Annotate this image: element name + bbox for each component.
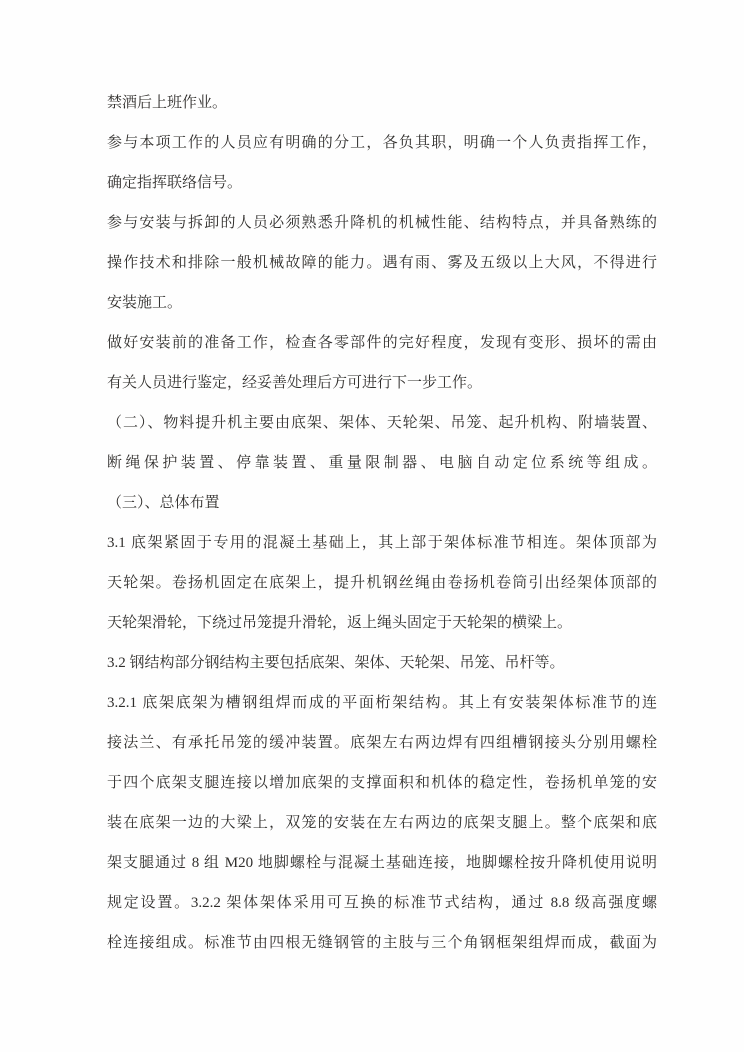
text-line: 3.1 底架紧固于专用的混凝土基础上，其上部于架体标准节相连。架体顶部为 [107,523,657,563]
text-line: 3.2 钢结构部分钢结构主要包括底架、架体、天轮架、吊笼、吊杆等。 [107,643,657,683]
text-line: 接法兰、有承托吊笼的缓冲装置。底架左右两边焊有四组槽钢接头分别用螺栓 [107,723,657,763]
text-line: 天轮架。卷扬机固定在底架上，提升机钢丝绳由卷扬机卷筒引出经架体顶部的 [107,563,657,603]
text-line: （二）、物料提升机主要由底架、架体、天轮架、吊笼、起升机构、附墙装置、 [107,403,657,443]
text-line: 确定指挥联络信号。 [107,163,657,203]
text-line: 栓连接组成。标准节由四根无缝钢管的主肢与三个角钢框架组焊而成，截面为 [107,923,657,963]
text-line: 参与本项工作的人员应有明确的分工，各负其职，明确一个人负责指挥工作， [107,123,657,163]
document-page: 禁酒后上班作业。 参与本项工作的人员应有明确的分工，各负其职，明确一个人负责指挥… [0,0,744,1052]
text-line: 架支腿通过 8 组 M20 地脚螺栓与混凝土基础连接，地脚螺栓按升降机使用说明 [107,843,657,883]
text-line: 安装施工。 [107,283,657,323]
text-line: 于四个底架支腿连接以增加底架的支撑面积和机体的稳定性，卷扬机单笼的安 [107,763,657,803]
text-line: 参与安装与拆卸的人员必须熟悉升降机的机械性能、结构特点，并具备熟练的 [107,203,657,243]
text-line: 3.2.1 底架底架为槽钢组焊而成的平面桁架结构。其上有安装架体标准节的连 [107,683,657,723]
text-line: 规定设置。3.2.2 架体架体采用可互换的标准节式结构，通过 8.8 级高强度螺 [107,883,657,923]
document-text-block: 禁酒后上班作业。 参与本项工作的人员应有明确的分工，各负其职，明确一个人负责指挥… [107,83,657,963]
text-line: 天轮架滑轮，下绕过吊笼提升滑轮，返上绳头固定于天轮架的横梁上。 [107,603,657,643]
text-line: 做好安装前的准备工作，检查各零部件的完好程度，发现有变形、损坏的需由 [107,323,657,363]
text-line: （三）、总体布置 [107,483,657,523]
text-line: 有关人员进行鉴定，经妥善处理后方可进行下一步工作。 [107,363,657,403]
text-line: 操作技术和排除一般机械故障的能力。遇有雨、雾及五级以上大风，不得进行 [107,243,657,283]
text-line: 装在底架一边的大梁上，双笼的安装在左右两边的底架支腿上。整个底架和底 [107,803,657,843]
text-line: 禁酒后上班作业。 [107,83,657,123]
text-line: 断绳保护装置、停靠装置、重量限制器、电脑自动定位系统等组成。 [107,443,657,483]
